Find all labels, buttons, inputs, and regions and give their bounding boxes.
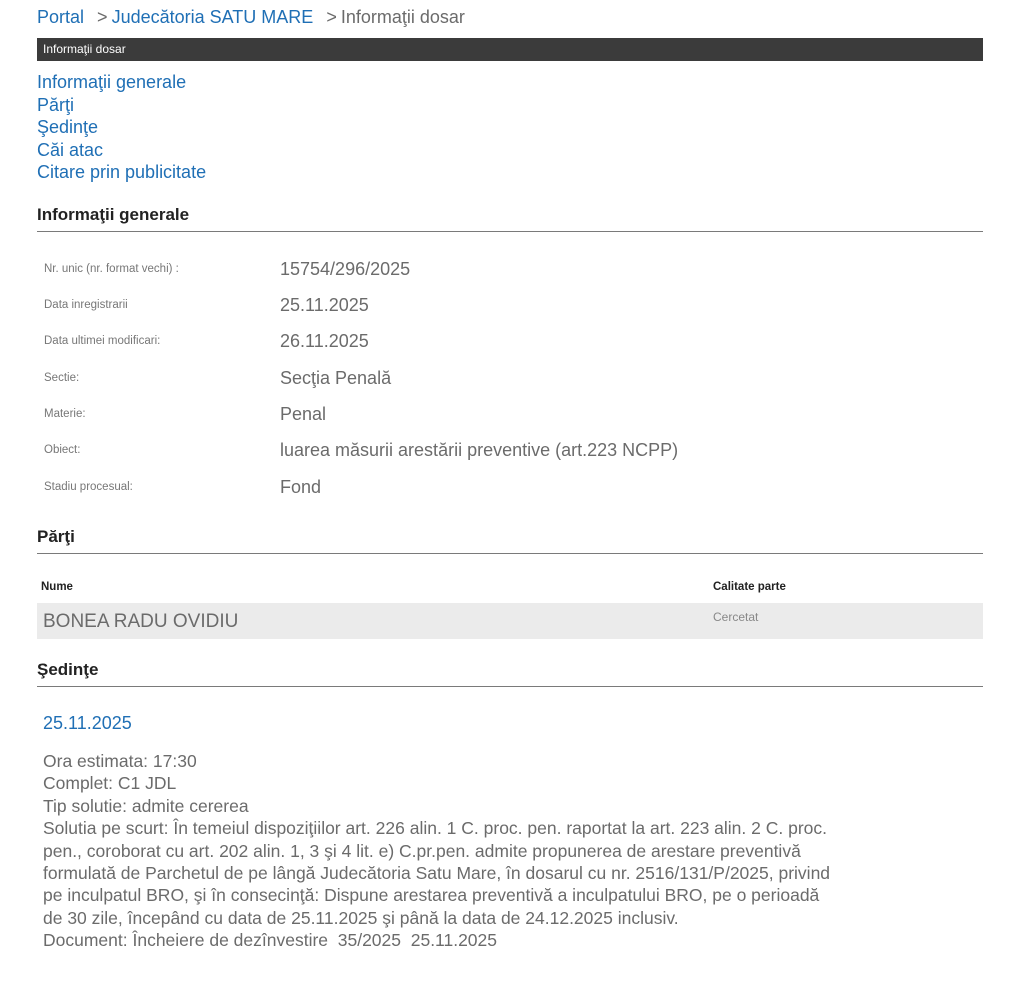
info-label: Obiect: [44,444,80,456]
info-value: luarea măsurii arestării preventive (art… [280,440,678,461]
info-row-registration-date: Data inregistrarii 25.11.2025 [44,299,944,329]
info-row-matter: Materie: Penal [44,408,944,438]
section-nav: Informaţii generale Părţi Şedinţe Căi at… [37,71,206,184]
breadcrumb-court-link[interactable]: Judecătoria SATU MARE [112,7,314,27]
session-details: Ora estimata: 17:30 Complet: C1 JDL Tip … [43,750,983,952]
breadcrumb: Portal >Judecătoria SATU MARE >Informaţi… [37,5,465,29]
info-label: Sectie: [44,372,79,384]
info-value: Fond [280,477,321,498]
session-solution-summary-line: de 30 zile, începând cu data de 25.11.20… [43,907,983,929]
session-document: Document: Încheiere de dezînvestire 35/2… [43,929,983,951]
info-row-object: Obiect: luarea măsurii arestării prevent… [44,444,944,474]
section-heading-sessions: Şedinţe [37,660,983,687]
info-label: Materie: [44,408,86,420]
column-header-name: Nume [41,581,73,593]
info-row-case-number: Nr. unic (nr. format vechi) : 15754/296/… [44,263,944,293]
info-label: Nr. unic (nr. format vechi) : [44,263,179,275]
session-solution-summary-line: Solutia pe scurt: În temeiul dispoziţiil… [43,817,983,839]
table-row: BONEA RADU OVIDIU Cercetat [37,603,983,639]
page-title-bar: Informaţii dosar [37,38,983,61]
breadcrumb-current: Informaţii dosar [341,7,465,27]
session-estimated-time: Ora estimata: 17:30 [43,750,983,772]
breadcrumb-separator: > [326,7,337,27]
info-row-section: Sectie: Secţia Penală [44,372,944,402]
section-heading-general-info: Informaţii generale [37,205,983,232]
column-header-role: Calitate parte [713,581,786,593]
info-row-procedural-stage: Stadiu procesual: Fond [44,481,944,511]
info-label: Stadiu procesual: [44,481,133,493]
breadcrumb-portal-link[interactable]: Portal [37,7,84,27]
info-label: Data ultimei modificari: [44,335,160,347]
session-date: 25.11.2025 [43,713,132,734]
nav-link-general-info[interactable]: Informaţii generale [37,71,206,94]
nav-link-appeals[interactable]: Căi atac [37,139,206,162]
session-solution-summary-line: pe inculpatul BRO, şi în consecinţă: Dis… [43,884,983,906]
party-role: Cercetat [713,610,758,624]
breadcrumb-separator: > [97,7,108,27]
info-row-last-modified: Data ultimei modificari: 26.11.2025 [44,335,944,365]
session-solution-summary-line: formulată de Parchetul de pe lângă Judec… [43,862,983,884]
info-value: 15754/296/2025 [280,259,410,280]
nav-link-sessions[interactable]: Şedinţe [37,116,206,139]
nav-link-parties[interactable]: Părţi [37,94,206,117]
info-value: Secţia Penală [280,368,391,389]
section-heading-parties: Părţi [37,527,983,554]
info-value: Penal [280,404,326,425]
info-value: 25.11.2025 [280,295,369,316]
session-solution-type: Tip solutie: admite cererea [43,795,983,817]
party-name: BONEA RADU OVIDIU [43,611,238,633]
nav-link-public-summons[interactable]: Citare prin publicitate [37,161,206,184]
info-label: Data inregistrarii [44,299,128,311]
session-panel: Complet: C1 JDL [43,772,983,794]
info-value: 26.11.2025 [280,331,369,352]
session-solution-summary-line: pen., coroborat cu art. 202 alin. 1, 3 ş… [43,840,983,862]
